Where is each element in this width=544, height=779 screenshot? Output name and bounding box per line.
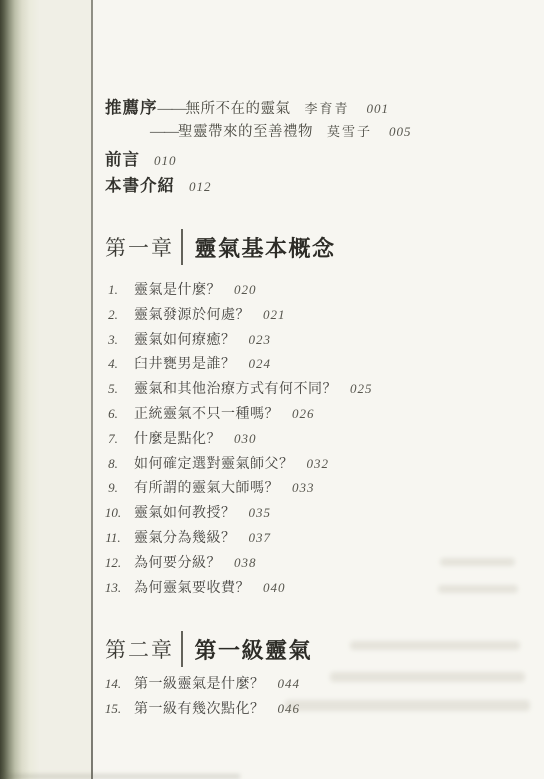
toc-item-number: 6. <box>100 406 126 422</box>
page-show-through <box>350 641 520 650</box>
fm-label: 推薦序 <box>105 94 158 118</box>
toc-item-title: 靈氣和其他治療方式有何不同？ <box>134 378 337 398</box>
front-matter-row: 前言 010 <box>105 146 412 172</box>
fm-label: 本書介紹 <box>105 172 175 196</box>
toc-item-number: 14. <box>100 676 126 692</box>
chapter-title: 第一級靈氣 <box>195 634 313 665</box>
toc-item-number: 5. <box>100 381 126 397</box>
toc-item-page: 020 <box>234 282 257 298</box>
chapter-section-1: 第一章 靈氣基本概念 1. 靈氣是什麼？ 020 2. 靈氣發源於何處？ 021… <box>105 227 373 601</box>
chapter-heading: 第二章 第一級靈氣 <box>105 629 312 669</box>
toc-item-page: 030 <box>234 431 257 447</box>
toc-item-number: 12. <box>100 555 126 571</box>
toc-item-title: 有所謂的靈氣大師嗎？ <box>134 477 279 497</box>
front-matter: 推薦序 —— 無所不在的靈氣 李育青 001 —— 聖靈帶來的至善禮物 莫雪子 … <box>105 94 412 198</box>
toc-item-page: 025 <box>350 381 373 397</box>
toc-list: 14. 第一級靈氣是什麼？ 044 15. 第一級有幾次點化？ 046 <box>105 673 312 723</box>
toc-list: 1. 靈氣是什麼？ 020 2. 靈氣發源於何處？ 021 3. 靈氣如何療癒？… <box>105 279 373 601</box>
chapter-heading: 第一章 靈氣基本概念 <box>105 227 373 267</box>
toc-item: 2. 靈氣發源於何處？ 021 <box>100 304 373 329</box>
page-show-through <box>330 672 525 682</box>
book-spine-shadow <box>0 0 40 779</box>
toc-item-number: 2. <box>100 307 126 323</box>
front-matter-row: 推薦序 —— 無所不在的靈氣 李育青 001 <box>105 94 412 120</box>
toc-item: 3. 靈氣如何療癒？ 023 <box>100 329 373 354</box>
toc-item-page: 021 <box>263 307 286 323</box>
toc-item-page: 035 <box>249 505 272 521</box>
scan-bottom-smudge <box>0 774 240 779</box>
toc-item-title: 靈氣分為幾級？ <box>134 527 236 547</box>
toc-item: 4. 臼井甕男是誰？ 024 <box>100 353 373 378</box>
fm-author: 莫雪子 <box>327 121 372 140</box>
toc-item: 7. 什麼是點化？ 030 <box>100 428 373 453</box>
toc-item: 1. 靈氣是什麼？ 020 <box>100 279 373 304</box>
toc-item-number: 3. <box>100 332 126 348</box>
toc-item-title: 正統靈氣不只一種嗎？ <box>134 403 279 423</box>
toc-item-title: 為何靈氣要收費？ <box>134 577 250 597</box>
page-show-through <box>438 585 518 593</box>
toc-item-number: 8. <box>100 456 126 472</box>
toc-item: 13. 為何靈氣要收費？ 040 <box>100 577 373 602</box>
fm-page-number: 005 <box>389 124 412 140</box>
toc-item-title: 靈氣如何療癒？ <box>134 329 236 349</box>
fm-label: 前言 <box>105 146 140 170</box>
toc-item-number: 7. <box>100 431 126 447</box>
fm-author: 李育青 <box>305 98 350 117</box>
toc-item-title: 靈氣如何教授？ <box>134 502 236 522</box>
fm-page-number: 010 <box>154 153 177 169</box>
toc-item: 15. 第一級有幾次點化？ 046 <box>100 698 312 723</box>
chapter-section-2: 第二章 第一級靈氣 14. 第一級靈氣是什麼？ 044 15. 第一級有幾次點化… <box>105 629 312 723</box>
toc-item-number: 11. <box>100 530 126 546</box>
toc-item: 8. 如何確定選對靈氣師父？ 032 <box>100 453 373 478</box>
page-show-through <box>440 558 515 566</box>
toc-item: 5. 靈氣和其他治療方式有何不同？ 025 <box>100 378 373 403</box>
toc-item-number: 4. <box>100 356 126 372</box>
fm-page-number: 012 <box>189 179 212 195</box>
fm-title: 無所不在的靈氣 <box>186 97 291 118</box>
toc-item: 9. 有所謂的靈氣大師嗎？ 033 <box>100 477 373 502</box>
chapter-heading-divider <box>181 229 183 265</box>
fm-dash: —— <box>158 101 186 118</box>
toc-item: 11. 靈氣分為幾級？ 037 <box>100 527 373 552</box>
chapter-number: 第二章 <box>105 634 174 664</box>
toc-item-number: 15. <box>100 701 126 717</box>
front-matter-row: —— 聖靈帶來的至善禮物 莫雪子 005 <box>150 120 412 146</box>
toc-item-title: 臼井甕男是誰？ <box>134 353 236 373</box>
toc-item-page: 040 <box>263 580 286 596</box>
toc-item-title: 靈氣是什麼？ <box>134 279 221 299</box>
toc-item-page: 023 <box>249 332 272 348</box>
toc-item-page: 037 <box>249 530 272 546</box>
toc-item-title: 為何要分級？ <box>134 552 221 572</box>
toc-item-title: 第一級有幾次點化？ <box>134 698 265 718</box>
toc-item-number: 9. <box>100 480 126 496</box>
chapter-number: 第一章 <box>105 232 174 262</box>
page-show-through <box>285 700 530 711</box>
toc-item: 6. 正統靈氣不只一種嗎？ 026 <box>100 403 373 428</box>
toc-item-page: 032 <box>307 456 330 472</box>
toc-item-number: 10. <box>100 505 126 521</box>
toc-item-page: 024 <box>249 356 272 372</box>
toc-item-page: 026 <box>292 406 315 422</box>
toc-item: 10. 靈氣如何教授？ 035 <box>100 502 373 527</box>
toc-item: 12. 為何要分級？ 038 <box>100 552 373 577</box>
fm-title: 聖靈帶來的至善禮物 <box>178 120 313 141</box>
toc-item: 14. 第一級靈氣是什麼？ 044 <box>100 673 312 698</box>
toc-item-number: 1. <box>100 282 126 298</box>
toc-item-title: 靈氣發源於何處？ <box>134 304 250 324</box>
page-crease-line <box>91 0 93 779</box>
front-matter-row: 本書介紹 012 <box>105 172 412 198</box>
toc-item-page: 044 <box>278 676 301 692</box>
toc-item-number: 13. <box>100 580 126 596</box>
toc-item-title: 什麼是點化？ <box>134 428 221 448</box>
toc-item-page: 038 <box>234 555 257 571</box>
toc-item-title: 如何確定選對靈氣師父？ <box>134 453 294 473</box>
fm-dash: —— <box>150 124 178 141</box>
toc-item-page: 033 <box>292 480 315 496</box>
fm-page-number: 001 <box>367 101 390 117</box>
chapter-title: 靈氣基本概念 <box>195 232 336 263</box>
chapter-heading-divider <box>181 631 183 667</box>
toc-item-title: 第一級靈氣是什麼？ <box>134 673 265 693</box>
